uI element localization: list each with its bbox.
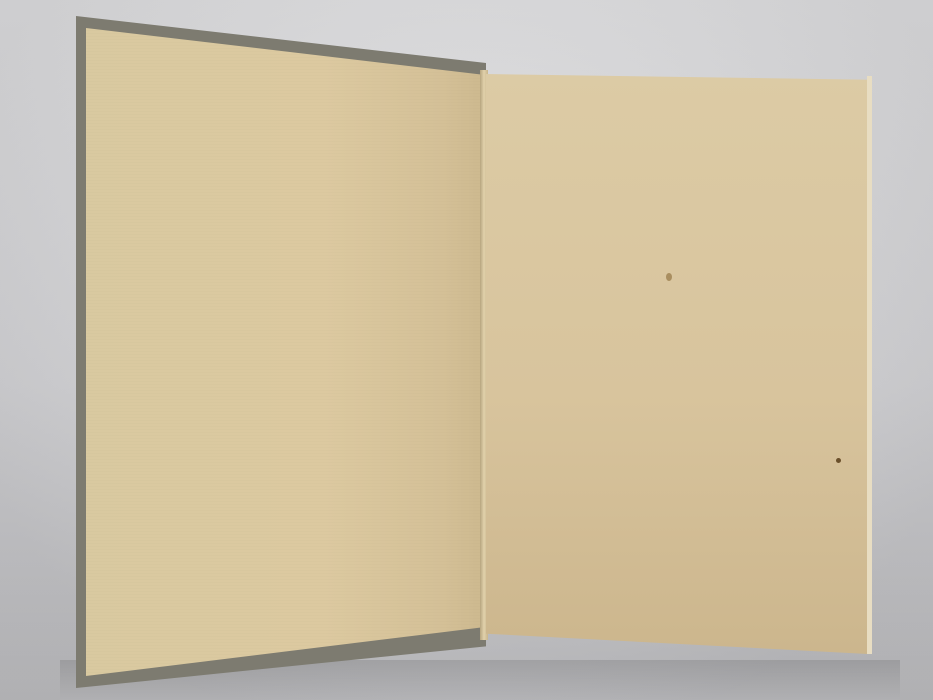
page-block-edge	[867, 76, 872, 654]
foxing-spot	[836, 458, 841, 463]
foxing-spot	[666, 273, 672, 281]
right-flyleaf	[486, 74, 871, 654]
left-endpaper	[86, 28, 482, 676]
